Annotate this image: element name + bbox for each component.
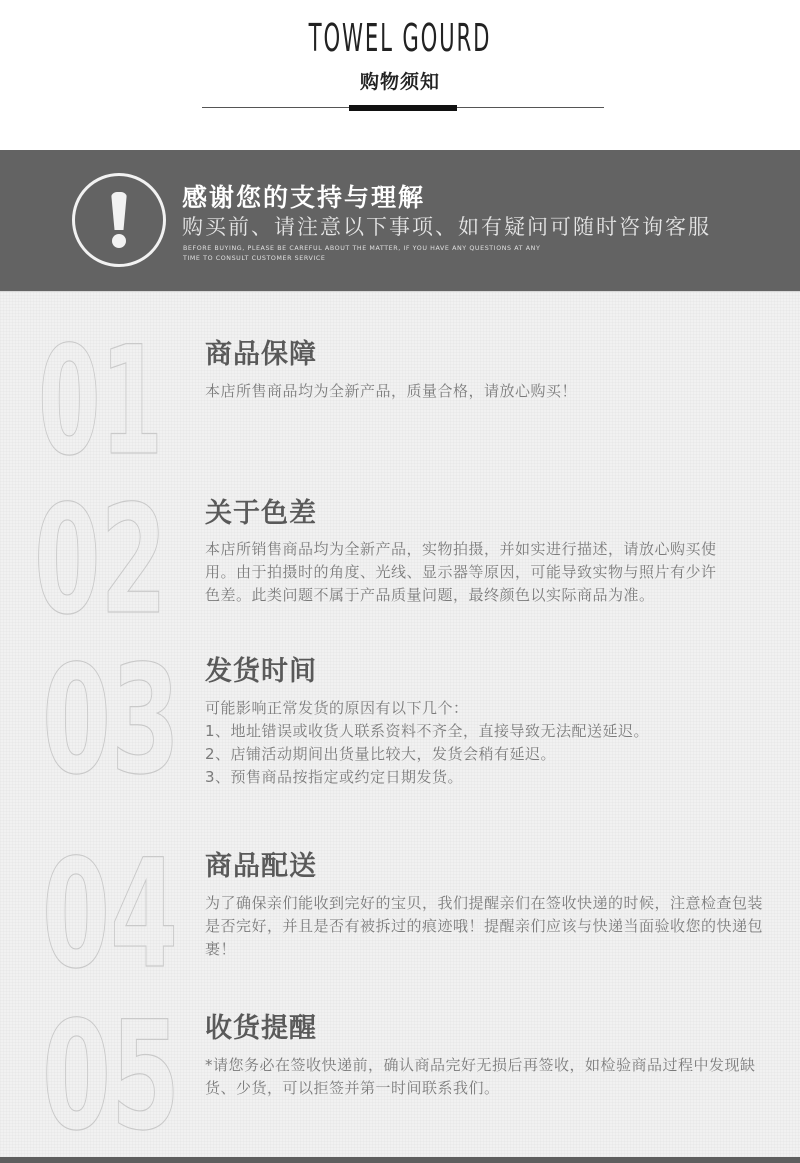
- section-number-05: 05: [42, 1010, 192, 1130]
- section-line: 色差。此类问题不属于产品质量问题，最终颜色以实际商品为准。: [205, 584, 765, 607]
- section-line: 1、地址错误或收货人联系资料不齐全，直接导致无法配送延迟。: [205, 720, 765, 743]
- section-body: 本店所销售商品均为全新产品，实物拍摄，并如实进行描述，请放心购买使 用。由于拍摄…: [205, 538, 765, 607]
- svg-text:02: 02: [34, 474, 167, 648]
- section-number-01: 01: [38, 335, 188, 455]
- section-title: 商品保障: [205, 338, 317, 372]
- section-body: *请您务必在签收快递前，确认商品完好无损后再签收，如检验商品过程中发现缺 货、少…: [205, 1054, 765, 1100]
- svg-text:05: 05: [42, 990, 180, 1163]
- section-number-03: 03: [42, 654, 192, 774]
- svg-text:03: 03: [42, 634, 180, 808]
- page-header: TOWEL GOURD 购物须知: [0, 0, 800, 150]
- section-number-02: 02: [34, 494, 184, 614]
- page-title: 购物须知: [0, 67, 800, 94]
- section-line: 是否完好，并且是否有被拆过的痕迹哦！提醒亲们应该与快递当面验收您的快递包: [205, 915, 765, 938]
- section-line: 货、少货，可以拒签并第一时间联系我们。: [205, 1077, 765, 1100]
- section-line: 本店所售商品均为全新产品，质量合格，请放心购买！: [205, 380, 765, 403]
- section-line: 可能影响正常发货的原因有以下几个：: [205, 697, 765, 720]
- section-line: 裹！: [205, 938, 765, 961]
- section-line: 本店所销售商品均为全新产品，实物拍摄，并如实进行描述，请放心购买使: [205, 538, 765, 561]
- divider-accent: [349, 105, 457, 111]
- section-title: 商品配送: [205, 850, 317, 884]
- exclamation-dot: [112, 234, 126, 248]
- exclamation-bar: [111, 192, 127, 230]
- section-title: 关于色差: [205, 497, 317, 531]
- section-number-04: 04: [42, 848, 192, 968]
- section-line: 3、预售商品按指定或约定日期发货。: [205, 766, 765, 789]
- brand-title: TOWEL GOURD: [152, 14, 648, 62]
- section-line: 2、店铺活动期间出货量比较大，发货会稍有延迟。: [205, 743, 765, 766]
- section-line: *请您务必在签收快递前，确认商品完好无损后再签收，如检验商品过程中发现缺: [205, 1054, 765, 1077]
- banner-english-line-2: TIME TO CONSULT CUSTOMER SERVICE: [183, 254, 613, 264]
- svg-text:04: 04: [42, 828, 178, 1002]
- banner-subtitle: 购买前、请注意以下事项、如有疑问可随时咨询客服: [182, 213, 711, 241]
- section-body: 为了确保亲们能收到完好的宝贝，我们提醒亲们在签收快递的时候，注意检查包装 是否完…: [205, 892, 765, 961]
- banner-english-line-1: BEFORE BUYING, PLEASE BE CAREFUL ABOUT T…: [183, 244, 613, 254]
- section-title: 收货提醒: [205, 1012, 317, 1046]
- section-body: 本店所售商品均为全新产品，质量合格，请放心购买！: [205, 380, 765, 403]
- section-line: 为了确保亲们能收到完好的宝贝，我们提醒亲们在签收快递的时候，注意检查包装: [205, 892, 765, 915]
- banner-english-note: BEFORE BUYING, PLEASE BE CAREFUL ABOUT T…: [183, 244, 613, 264]
- section-body: 可能影响正常发货的原因有以下几个： 1、地址错误或收货人联系资料不齐全，直接导致…: [205, 697, 765, 789]
- svg-text:01: 01: [38, 315, 163, 489]
- footer-bar: [0, 1157, 800, 1163]
- section-line: 用。由于拍摄时的角度、光线、显示器等原因，可能导致实物与照片有少许: [205, 561, 765, 584]
- section-title: 发货时间: [205, 655, 317, 689]
- exclamation-circle-icon: [72, 173, 166, 267]
- banner-title: 感谢您的支持与理解: [182, 183, 425, 213]
